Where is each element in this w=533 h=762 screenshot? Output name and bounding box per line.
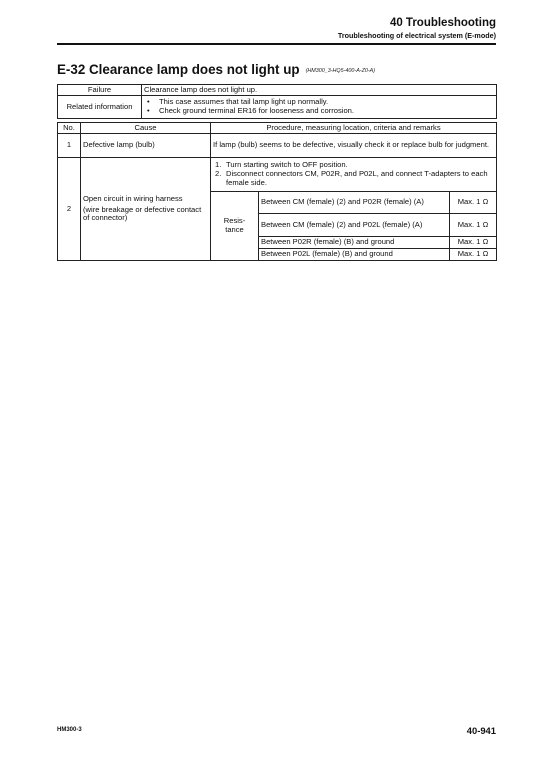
row-number: 2 <box>58 158 81 261</box>
header-divider <box>57 43 496 45</box>
page-title: E-32 Clearance lamp does not light up(HM… <box>57 62 375 77</box>
row-cause: Open circuit in wiring harness (wire bre… <box>81 158 211 261</box>
measurement-label: Resis- tance <box>211 192 259 261</box>
measurement-criterion: Max. 1 Ω <box>450 214 497 237</box>
footer-page-number: 40-941 <box>467 725 496 736</box>
table-header-row: No. Cause Procedure, measuring location,… <box>58 123 497 134</box>
related-info-item: Check ground terminal ER16 for looseness… <box>144 107 494 116</box>
failure-value: Clearance lamp does not light up. <box>142 85 497 96</box>
table-row: 2 Open circuit in wiring harness (wire b… <box>58 158 497 192</box>
cause-line: (wire breakage or defective contact of c… <box>83 206 208 224</box>
subsection-title: Troubleshooting of electrical system (E-… <box>338 31 496 40</box>
row-procedure: If lamp (bulb) seems to be defective, vi… <box>211 134 497 158</box>
failure-label: Failure <box>58 85 142 96</box>
table-row: 1 Defective lamp (bulb) If lamp (bulb) s… <box>58 134 497 158</box>
footer-model: HM300-3 <box>57 727 82 733</box>
related-info-label: Related information <box>58 96 142 119</box>
procedure-step: 2.Disconnect connectors CM, P02R, and P0… <box>215 170 494 188</box>
section-title: 40 Troubleshooting <box>390 17 496 29</box>
page-title-text: E-32 Clearance lamp does not light up <box>57 62 300 77</box>
related-info-row: Related information This case assumes th… <box>58 96 497 119</box>
row-cause: Defective lamp (bulb) <box>81 134 211 158</box>
measurement-location: Between CM (female) (2) and P02R (female… <box>259 192 450 214</box>
document-code: (HM300_3-HQ5-400-A-Z0-A) <box>306 68 376 74</box>
procedure-steps: 1.Turn starting switch to OFF position. … <box>211 158 497 192</box>
row-number: 1 <box>58 134 81 158</box>
failure-row: Failure Clearance lamp does not light up… <box>58 85 497 96</box>
measurement-location: Between CM (female) (2) and P02L (female… <box>259 214 450 237</box>
measurement-criterion: Max. 1 Ω <box>450 192 497 214</box>
measurement-criterion: Max. 1 Ω <box>450 249 497 261</box>
cause-line: Open circuit in wiring harness <box>83 195 208 204</box>
info-table: Failure Clearance lamp does not light up… <box>57 84 497 119</box>
related-info-value: This case assumes that tail lamp light u… <box>142 96 497 119</box>
measurement-location: Between P02R (female) (B) and ground <box>259 237 450 249</box>
measurement-location: Between P02L (female) (B) and ground <box>259 249 450 261</box>
troubleshooting-table: No. Cause Procedure, measuring location,… <box>57 122 497 261</box>
header-cause: Cause <box>81 123 211 134</box>
header-no: No. <box>58 123 81 134</box>
header-procedure: Procedure, measuring location, criteria … <box>211 123 497 134</box>
measurement-criterion: Max. 1 Ω <box>450 237 497 249</box>
